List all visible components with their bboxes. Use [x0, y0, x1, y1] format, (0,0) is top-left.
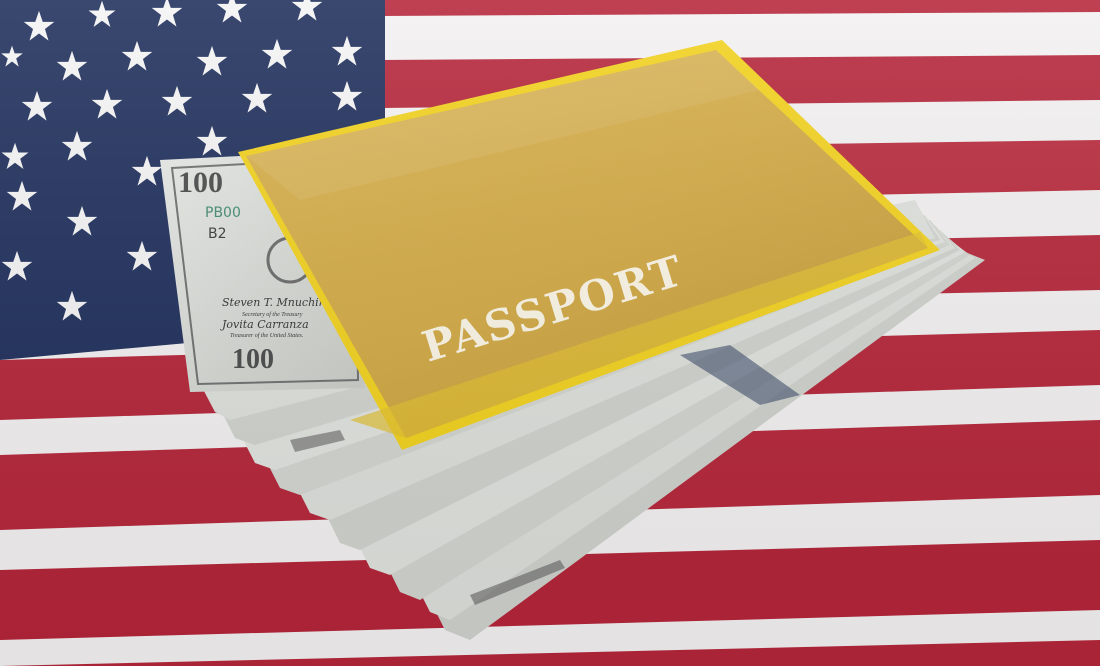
- photo-canvas: 100 PB00 B2 Steven T. Mnuchin Secretary …: [0, 0, 1100, 666]
- photo-scene: 100 PB00 B2 Steven T. Mnuchin Secretary …: [0, 0, 1100, 666]
